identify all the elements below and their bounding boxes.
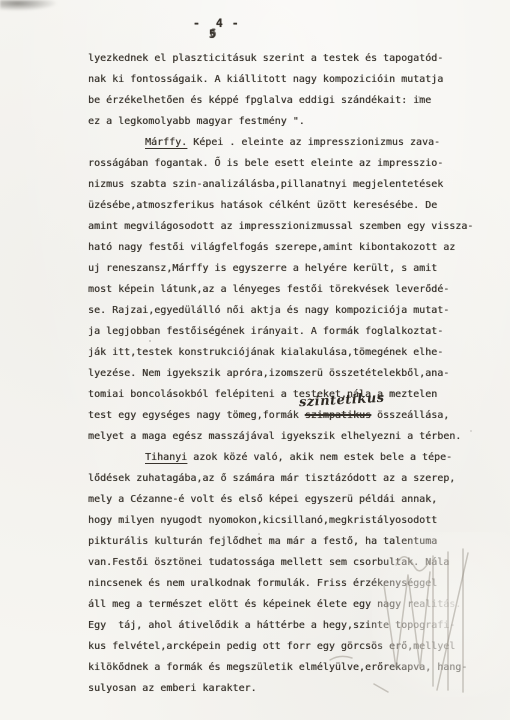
line-text: test egy egységes nagy tömeg,formák	[88, 410, 305, 421]
paper-smudge	[0, 0, 58, 11]
typewritten-line: ja legjobban festőiségének irányait. A f…	[88, 321, 488, 342]
page-number-dash-right: 4 -	[216, 16, 240, 30]
typewritten-line: nincsenek és nem uralkodnak formulák. Fr…	[88, 573, 488, 594]
typewritten-line: hogy milyen nyugodt nyomokon,kicsillanó,…	[88, 510, 488, 531]
typewritten-line: rosságában fogantak. Ő is bele esett ele…	[88, 153, 488, 174]
typewritten-line: Márffy. Képei . eleinte az impresszioniz…	[88, 132, 488, 153]
paragraph-tihanyi: Tihanyi azok közé való, akik nem estek b…	[88, 447, 488, 699]
underlined-artist-name: Márffy.	[145, 137, 187, 148]
typewritten-line: nak ki fontosságaik. A kiállitott nagy k…	[88, 69, 488, 90]
typewritten-line: sulyosan az emberi karakter.	[88, 678, 488, 699]
typewritten-line: lyezkednek el plaszticitásuk szerint a t…	[88, 48, 488, 69]
typewritten-line: most képein látunk,az a lényeges festői …	[88, 279, 488, 300]
handwritten-correction: szintetikus	[298, 388, 385, 413]
typewritten-line: amint megvilágosodott az impresszionizmu…	[88, 216, 488, 237]
page-number: - 564 -	[193, 16, 240, 30]
typewritten-line: mely a Cézanne-é volt és első képei egys…	[88, 489, 488, 510]
typewritten-line: melyet a maga egész masszájával igyekszi…	[88, 426, 488, 447]
typewritten-line: üzésébe,atmoszferikus hatások célként üz…	[88, 195, 488, 216]
typewritten-line: ható nagy festői világfelfogás szerepe,a…	[88, 237, 488, 258]
underlined-artist-name: Tihanyi	[145, 452, 187, 463]
page-number-dash-left: -	[193, 16, 209, 30]
scanned-typewritten-page: - 564 - lyezkednek el plaszticitásuk sze…	[0, 0, 510, 720]
paragraph-marffy: Márffy. Képei . eleinte az impresszioniz…	[88, 132, 488, 447]
typewritten-line: kilökődnek a formák és megszületik elmél…	[88, 657, 488, 678]
struck-word: szimpatikusszintetikus	[305, 405, 371, 426]
typewritten-line: Tihanyi azok közé való, akik nem estek b…	[88, 447, 488, 468]
typewritten-line: se. Rajzai,egyedülálló női aktja és nagy…	[88, 300, 488, 321]
paragraph-continuation: lyezkednek el plaszticitásuk szerint a t…	[88, 48, 488, 132]
typewritten-line: ez a legkomolyabb magyar festmény ".	[88, 111, 488, 132]
text-block: lyezkednek el plaszticitásuk szerint a t…	[88, 48, 488, 699]
typewritten-line: ják itt,testek konstrukciójának kialakul…	[88, 342, 488, 363]
typewritten-line: van.Festői ösztönei tudatossága mellett …	[88, 552, 488, 573]
line-text: azok közé való, akik nem estek bele a té…	[187, 452, 452, 463]
typewritten-line: lyezése. Nem igyekszik apróra,izomszerü …	[88, 363, 488, 384]
typewritten-line-with-correction: test egy egységes nagy tömeg,formák szim…	[88, 405, 488, 426]
typewritten-line: Egy táj, ahol átivelődik a háttérbe a he…	[88, 615, 488, 636]
typewritten-line: uj reneszansz,Márffy is egyszerre a hely…	[88, 258, 488, 279]
line-text: összeállása,	[371, 410, 449, 421]
typewritten-line: kus felvétel,arcképein pedig ott forr eg…	[88, 636, 488, 657]
typewritten-line: pikturális kulturán fejlődhet ma már a f…	[88, 531, 488, 552]
typewritten-line: nizmus szabta szin-analizálásba,pillanat…	[88, 174, 488, 195]
typewritten-line: áll meg a természet elött és képeinek él…	[88, 594, 488, 615]
line-text: Képei . eleinte az impresszionizmus zava…	[187, 137, 440, 148]
typewritten-line: tomiai boncolásokból felépiteni a testek…	[88, 384, 488, 405]
typewritten-line: be érzékelhetően és képpé fpglalva eddig…	[88, 90, 488, 111]
paper-specks	[0, 0, 2, 2]
typewritten-line: lődések zuhatagába,az ő számára már tisz…	[88, 468, 488, 489]
